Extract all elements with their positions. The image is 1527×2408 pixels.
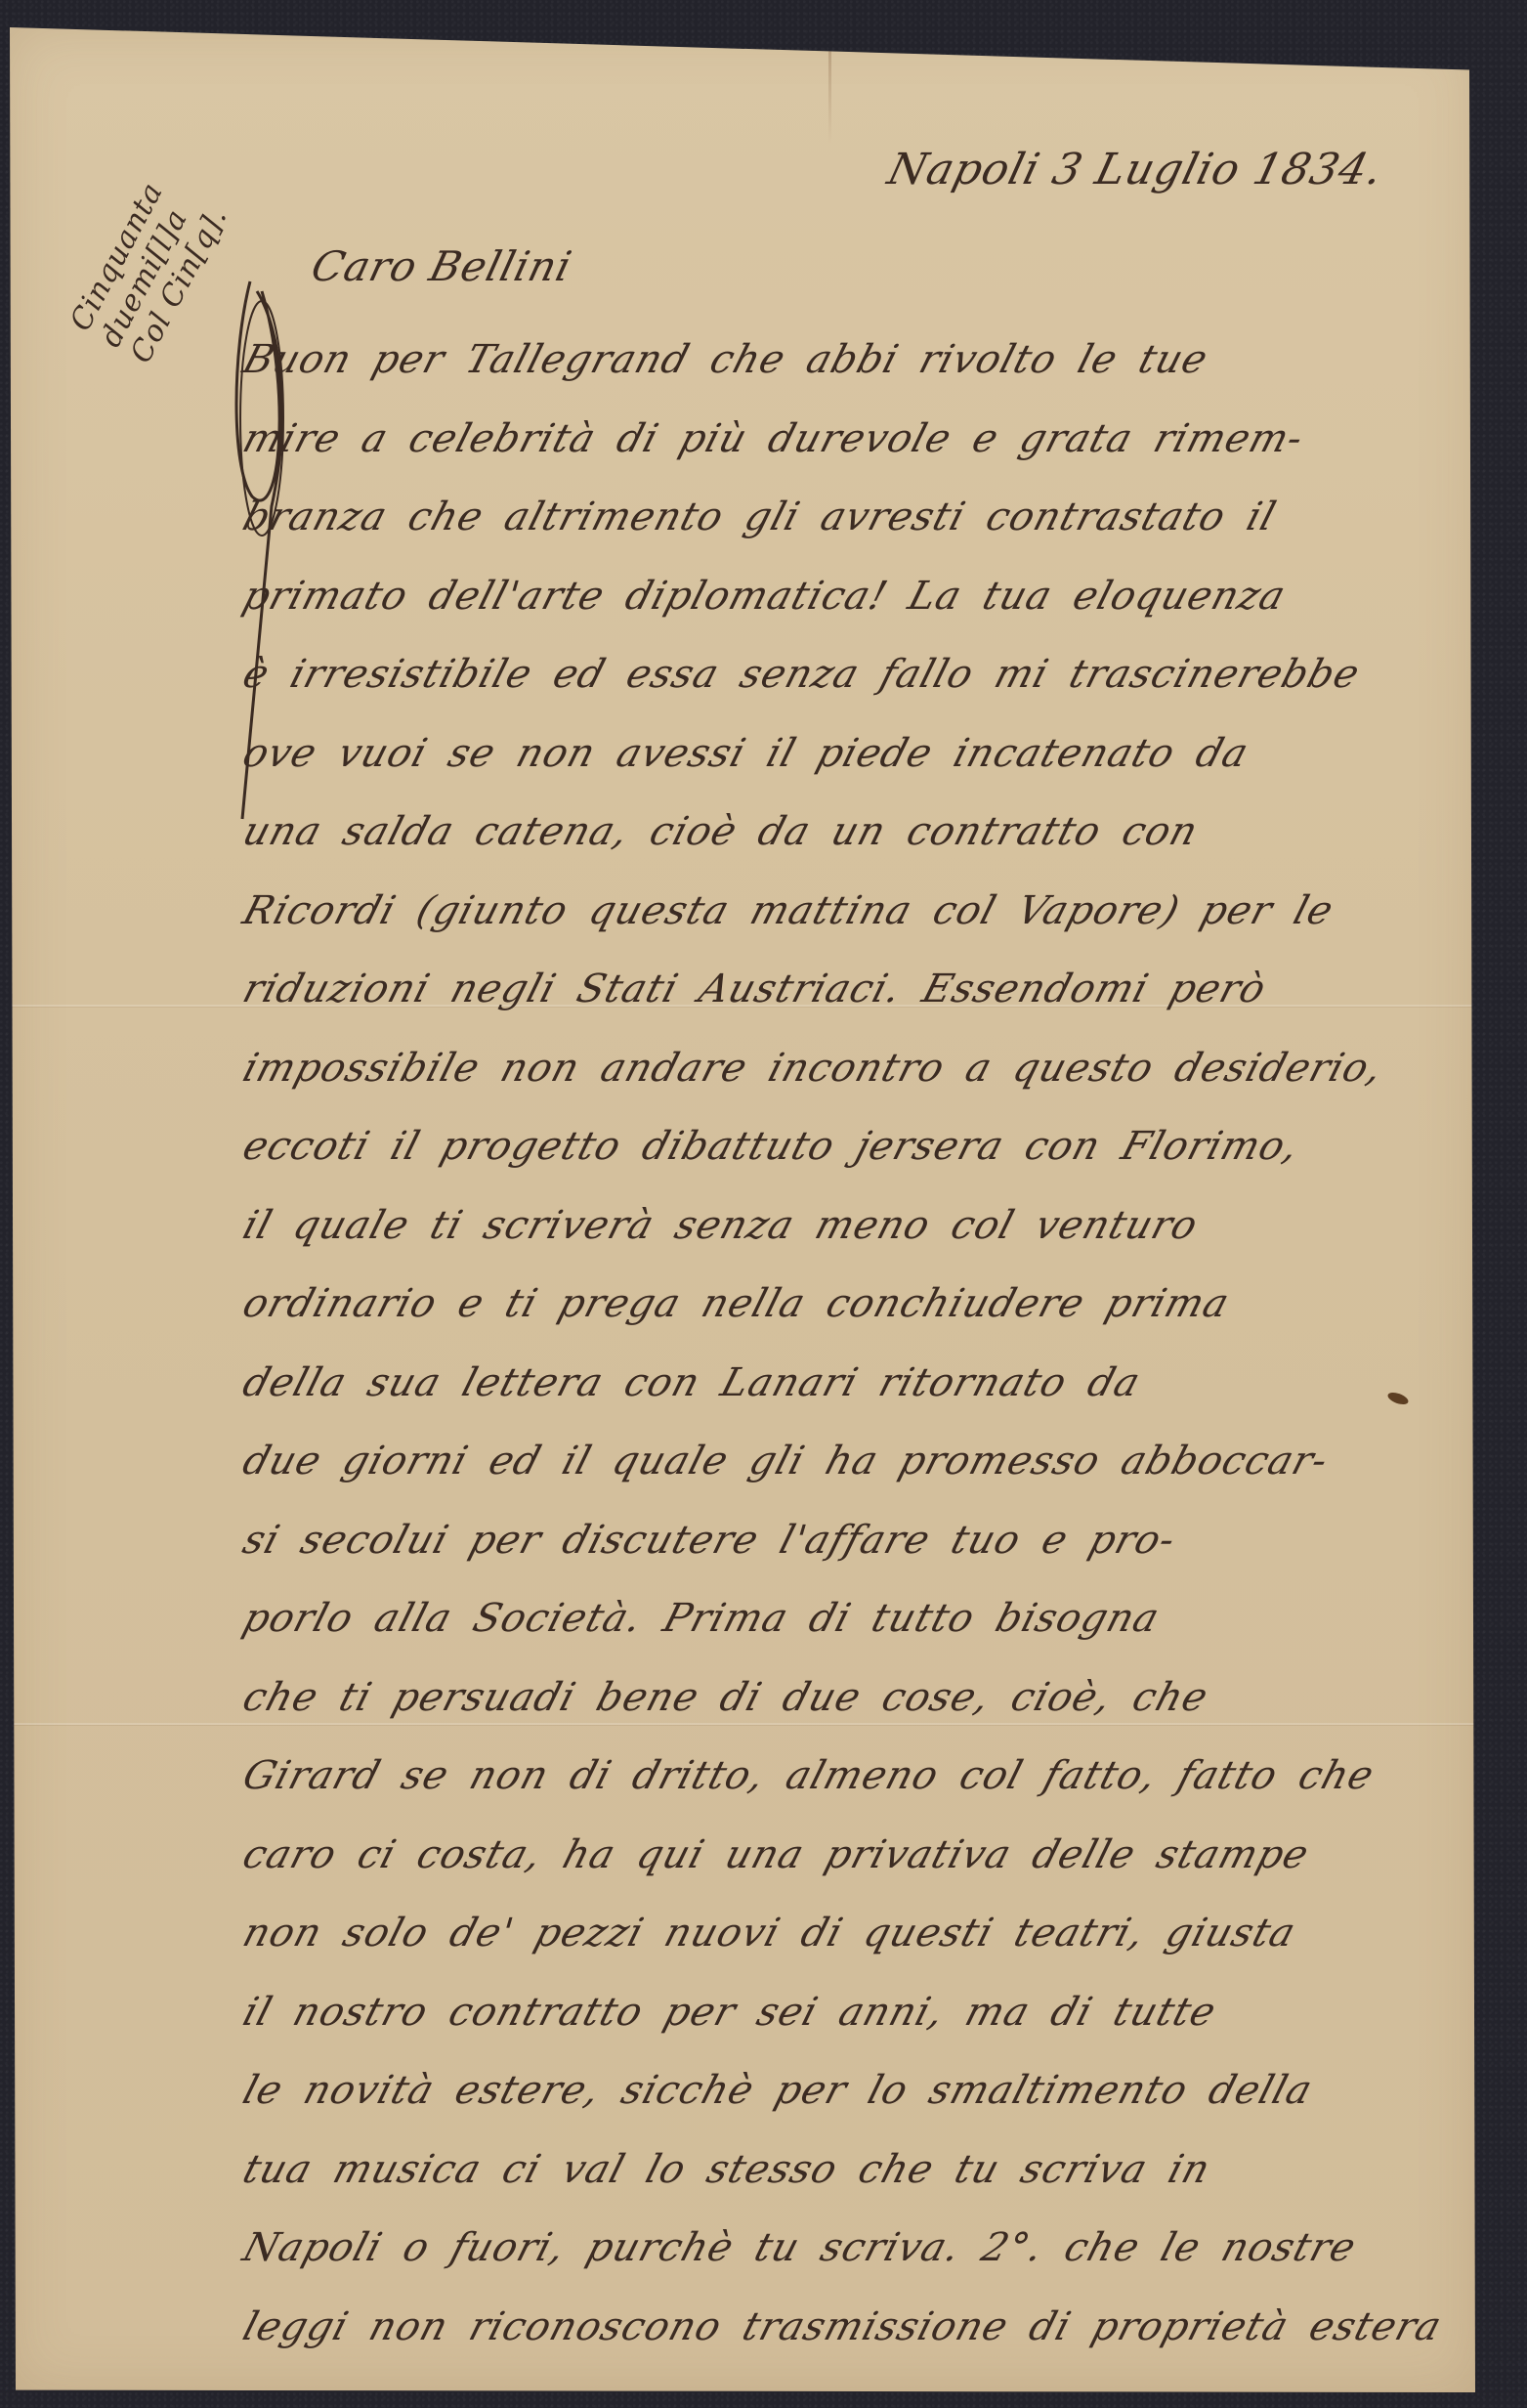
letter-line: è irresistibile ed essa senza fallo mi t… — [233, 635, 1506, 714]
letter-body: Buon per Tallegrand che abbi rivolto le … — [244, 321, 1495, 2366]
letter-salutation: Caro Bellini — [307, 242, 577, 290]
letter-line: porlo alla Società. Prima di tutto bisog… — [233, 1579, 1506, 1658]
letter-line: primato dell'arte diplomatica! La tua el… — [233, 557, 1506, 636]
letter-line: branza che altrimento gli avresti contra… — [233, 478, 1506, 557]
letter-line: due giorni ed il quale gli ha promesso a… — [233, 1422, 1506, 1501]
letter-line: Napoli o fuori, purchè tu scriva. 2°. ch… — [233, 2209, 1506, 2288]
letter-line: Ricordi (giunto questa mattina col Vapor… — [233, 872, 1506, 951]
letter-line: Buon per Tallegrand che abbi rivolto le … — [233, 321, 1506, 400]
letter-line: si secolui per discutere l'affare tuo e … — [233, 1501, 1506, 1580]
letter-line: mire a celebrità di più durevole e grata… — [233, 400, 1506, 479]
letter-line: il quale ti scriverà senza meno col vent… — [233, 1186, 1506, 1266]
letter-line: riduzioni negli Stati Austriaci. Essendo… — [233, 950, 1506, 1029]
letter-line: ordinario e ti prega nella conchiudere p… — [233, 1265, 1506, 1344]
letter-line: il nostro contratto per sei anni, ma di … — [233, 1973, 1506, 2052]
letter-line: le novità estere, sicchè per lo smaltime… — [233, 2051, 1506, 2130]
letter-line: tua musica ci val lo stesso che tu scriv… — [233, 2130, 1506, 2210]
letter-page: Napoli 3 Luglio 1834. Caro Bellini Cinqu… — [10, 27, 1475, 2392]
letter-line: una salda catena, cioè da un contratto c… — [233, 793, 1506, 872]
letter-line: che ti persuadi bene di due cose, cioè, … — [233, 1658, 1506, 1738]
letter-line: eccoti il progetto dibattuto jersera con… — [233, 1107, 1506, 1186]
letter-line: impossibile non andare incontro a questo… — [233, 1029, 1506, 1108]
letter-line: ove vuoi se non avessi il piede incatena… — [233, 714, 1506, 794]
letter-line: Girard se non di dritto, almeno col fatt… — [233, 1737, 1506, 1816]
letter-line: caro ci costa, ha qui una privativa dell… — [233, 1816, 1506, 1895]
letter-line: non solo de' pezzi nuovi di questi teatr… — [233, 1894, 1506, 1973]
letter-date: Napoli 3 Luglio 1834. — [883, 145, 1389, 194]
letter-line: della sua lettera con Lanari ritornato d… — [233, 1344, 1506, 1423]
paper-tear-mark — [828, 27, 831, 145]
letter-line: leggi non riconoscono trasmissione di pr… — [233, 2288, 1506, 2367]
